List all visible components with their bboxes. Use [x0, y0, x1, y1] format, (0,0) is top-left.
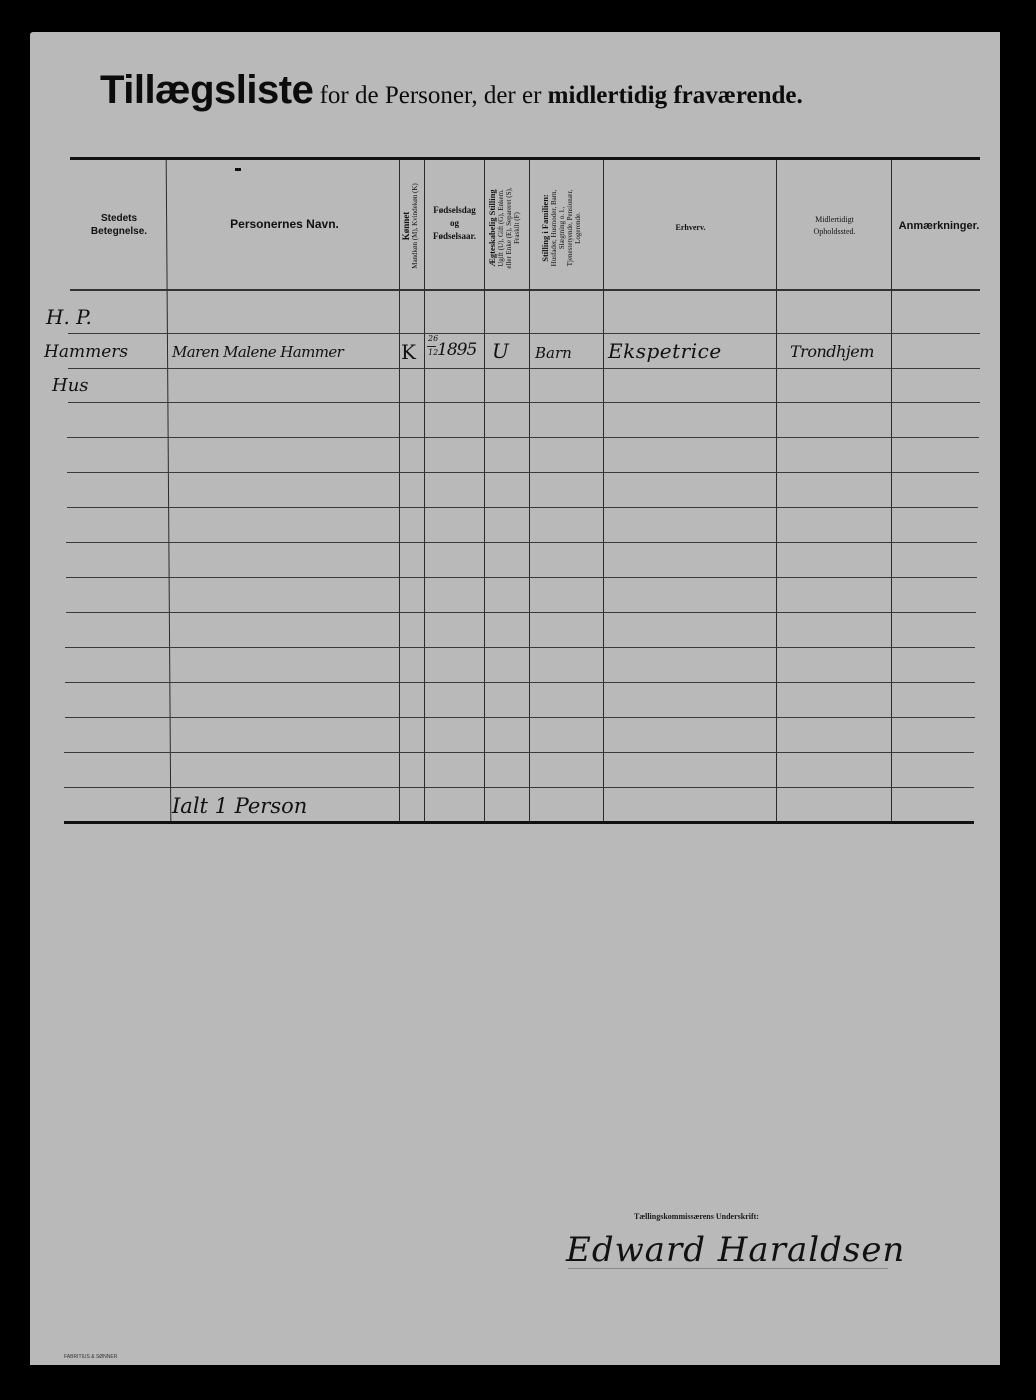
cell-aegteskab: U — [492, 339, 509, 363]
form-title-subtitle: for de Personer, der er — [313, 82, 547, 109]
row-line — [68, 402, 980, 403]
header-aegteskab: Ægteskabelig Stilling Ugift (U), Gift (G… — [487, 167, 527, 289]
cell-fodsel-year: 1895 — [437, 340, 476, 360]
header-aegteskab-line4: Fraskilt (F) — [513, 167, 521, 289]
signature-label: Tællingskommissærens Underskrift: — [634, 1212, 759, 1221]
row-line — [64, 787, 974, 788]
header-kjonnet-line1: Kønnet — [401, 166, 411, 286]
row-line — [64, 752, 974, 753]
row-line — [67, 472, 979, 473]
col-divider — [484, 160, 485, 821]
row-line — [67, 507, 978, 508]
header-navn-label: Personernes Navn. — [230, 217, 339, 231]
row-line — [67, 437, 979, 438]
header-aegteskab-line3: eller Enke (E), Separeret (S), — [505, 167, 513, 289]
total-persons: Ialt 1 Person — [172, 794, 307, 818]
table-top-rule — [70, 157, 980, 160]
table-bottom-rule — [64, 821, 974, 824]
cell-opholdssted: Trondhjem — [790, 342, 874, 361]
col-divider — [776, 160, 777, 821]
col-divider — [891, 160, 892, 821]
header-kjonnet-line2: Mandkøn (M), Kvindekøn (K) — [411, 166, 419, 286]
cell-stilling: Barn — [535, 344, 572, 362]
header-fodsel-line1: Fødselsdag — [433, 204, 476, 217]
header-erhverv-label: Erhverv. — [676, 223, 706, 232]
header-opholdssted-line1: Midlertidigt — [815, 214, 854, 226]
header-stedets: Stedets Betegnelse. — [70, 205, 168, 245]
form-title-emphasis: midlertidig fraværende. — [548, 82, 803, 109]
cell-stedets-line2: Hammers — [44, 342, 128, 362]
cell-stedets-line1: H. P. — [46, 305, 92, 329]
form-title: Tillægsliste for de Personer, der er mid… — [100, 68, 980, 113]
row-line — [68, 368, 980, 369]
col-divider — [529, 160, 530, 821]
header-stilling-line5: Logerende. — [574, 168, 582, 288]
header-fodsel: Fødselsdag og Fødselsaar. — [425, 198, 484, 248]
header-aegteskab-line1: Ægteskabelig Stilling — [487, 167, 497, 289]
header-stilling-line2: Husfader, Husmoder, Barn, — [550, 168, 558, 288]
printer-mark: FABRITIUS & SØNNER — [64, 1354, 117, 1360]
header-anmaerkninger-label: Anmærkninger. — [899, 220, 980, 232]
header-navn: Personernes Navn. — [170, 212, 399, 236]
col-divider — [424, 160, 425, 821]
row-line — [66, 577, 977, 578]
header-stedets-line2: Betegnelse. — [91, 225, 147, 238]
header-stilling: Stilling i Familien: Husfader, Husmoder,… — [540, 168, 592, 288]
cell-stedets-line3: Hus — [52, 375, 89, 396]
row-line — [65, 717, 975, 718]
signature-name: Edward Haraldsen — [566, 1230, 905, 1270]
header-aegteskab-line2: Ugift (U), Gift (G), Enkem. — [497, 167, 505, 289]
row-line — [65, 682, 975, 683]
signature-line — [568, 1268, 888, 1269]
row-line — [66, 612, 976, 613]
header-stilling-line1: Stilling i Familien: — [540, 168, 550, 288]
header-kjonnet: Kønnet Mandkøn (M), Kvindekøn (K) — [401, 166, 423, 286]
header-erhverv: Erhverv. — [605, 218, 776, 236]
col-divider — [399, 160, 400, 821]
header-opholdssted: Midlertidigt Opholdssted. — [778, 208, 891, 244]
header-stedets-line1: Stedets — [101, 212, 137, 225]
header-bottom-rule — [70, 289, 980, 291]
row-line — [68, 333, 980, 334]
row-line — [66, 542, 977, 543]
header-anmaerkninger: Anmærkninger. — [893, 215, 985, 237]
cell-kjonnet: K — [401, 340, 416, 364]
cell-erhverv: Ekspetrice — [608, 339, 722, 363]
header-opholdssted-line2: Opholdssted. — [814, 226, 856, 238]
header-stilling-line3: Slægtning o. l., — [558, 168, 566, 288]
cell-navn: Maren Malene Hammer — [172, 343, 343, 361]
fraction-bar — [427, 346, 436, 347]
form-title-main: Tillægsliste — [100, 68, 313, 112]
header-fodsel-line3: Fødselsaar. — [433, 230, 476, 243]
header-stilling-line4: Tjenestetyende, Pensionær, — [566, 168, 574, 288]
header-dash-mark — [235, 168, 241, 171]
row-line — [65, 647, 975, 648]
header-fodsel-line2: og — [450, 217, 459, 230]
col-divider — [603, 160, 604, 821]
